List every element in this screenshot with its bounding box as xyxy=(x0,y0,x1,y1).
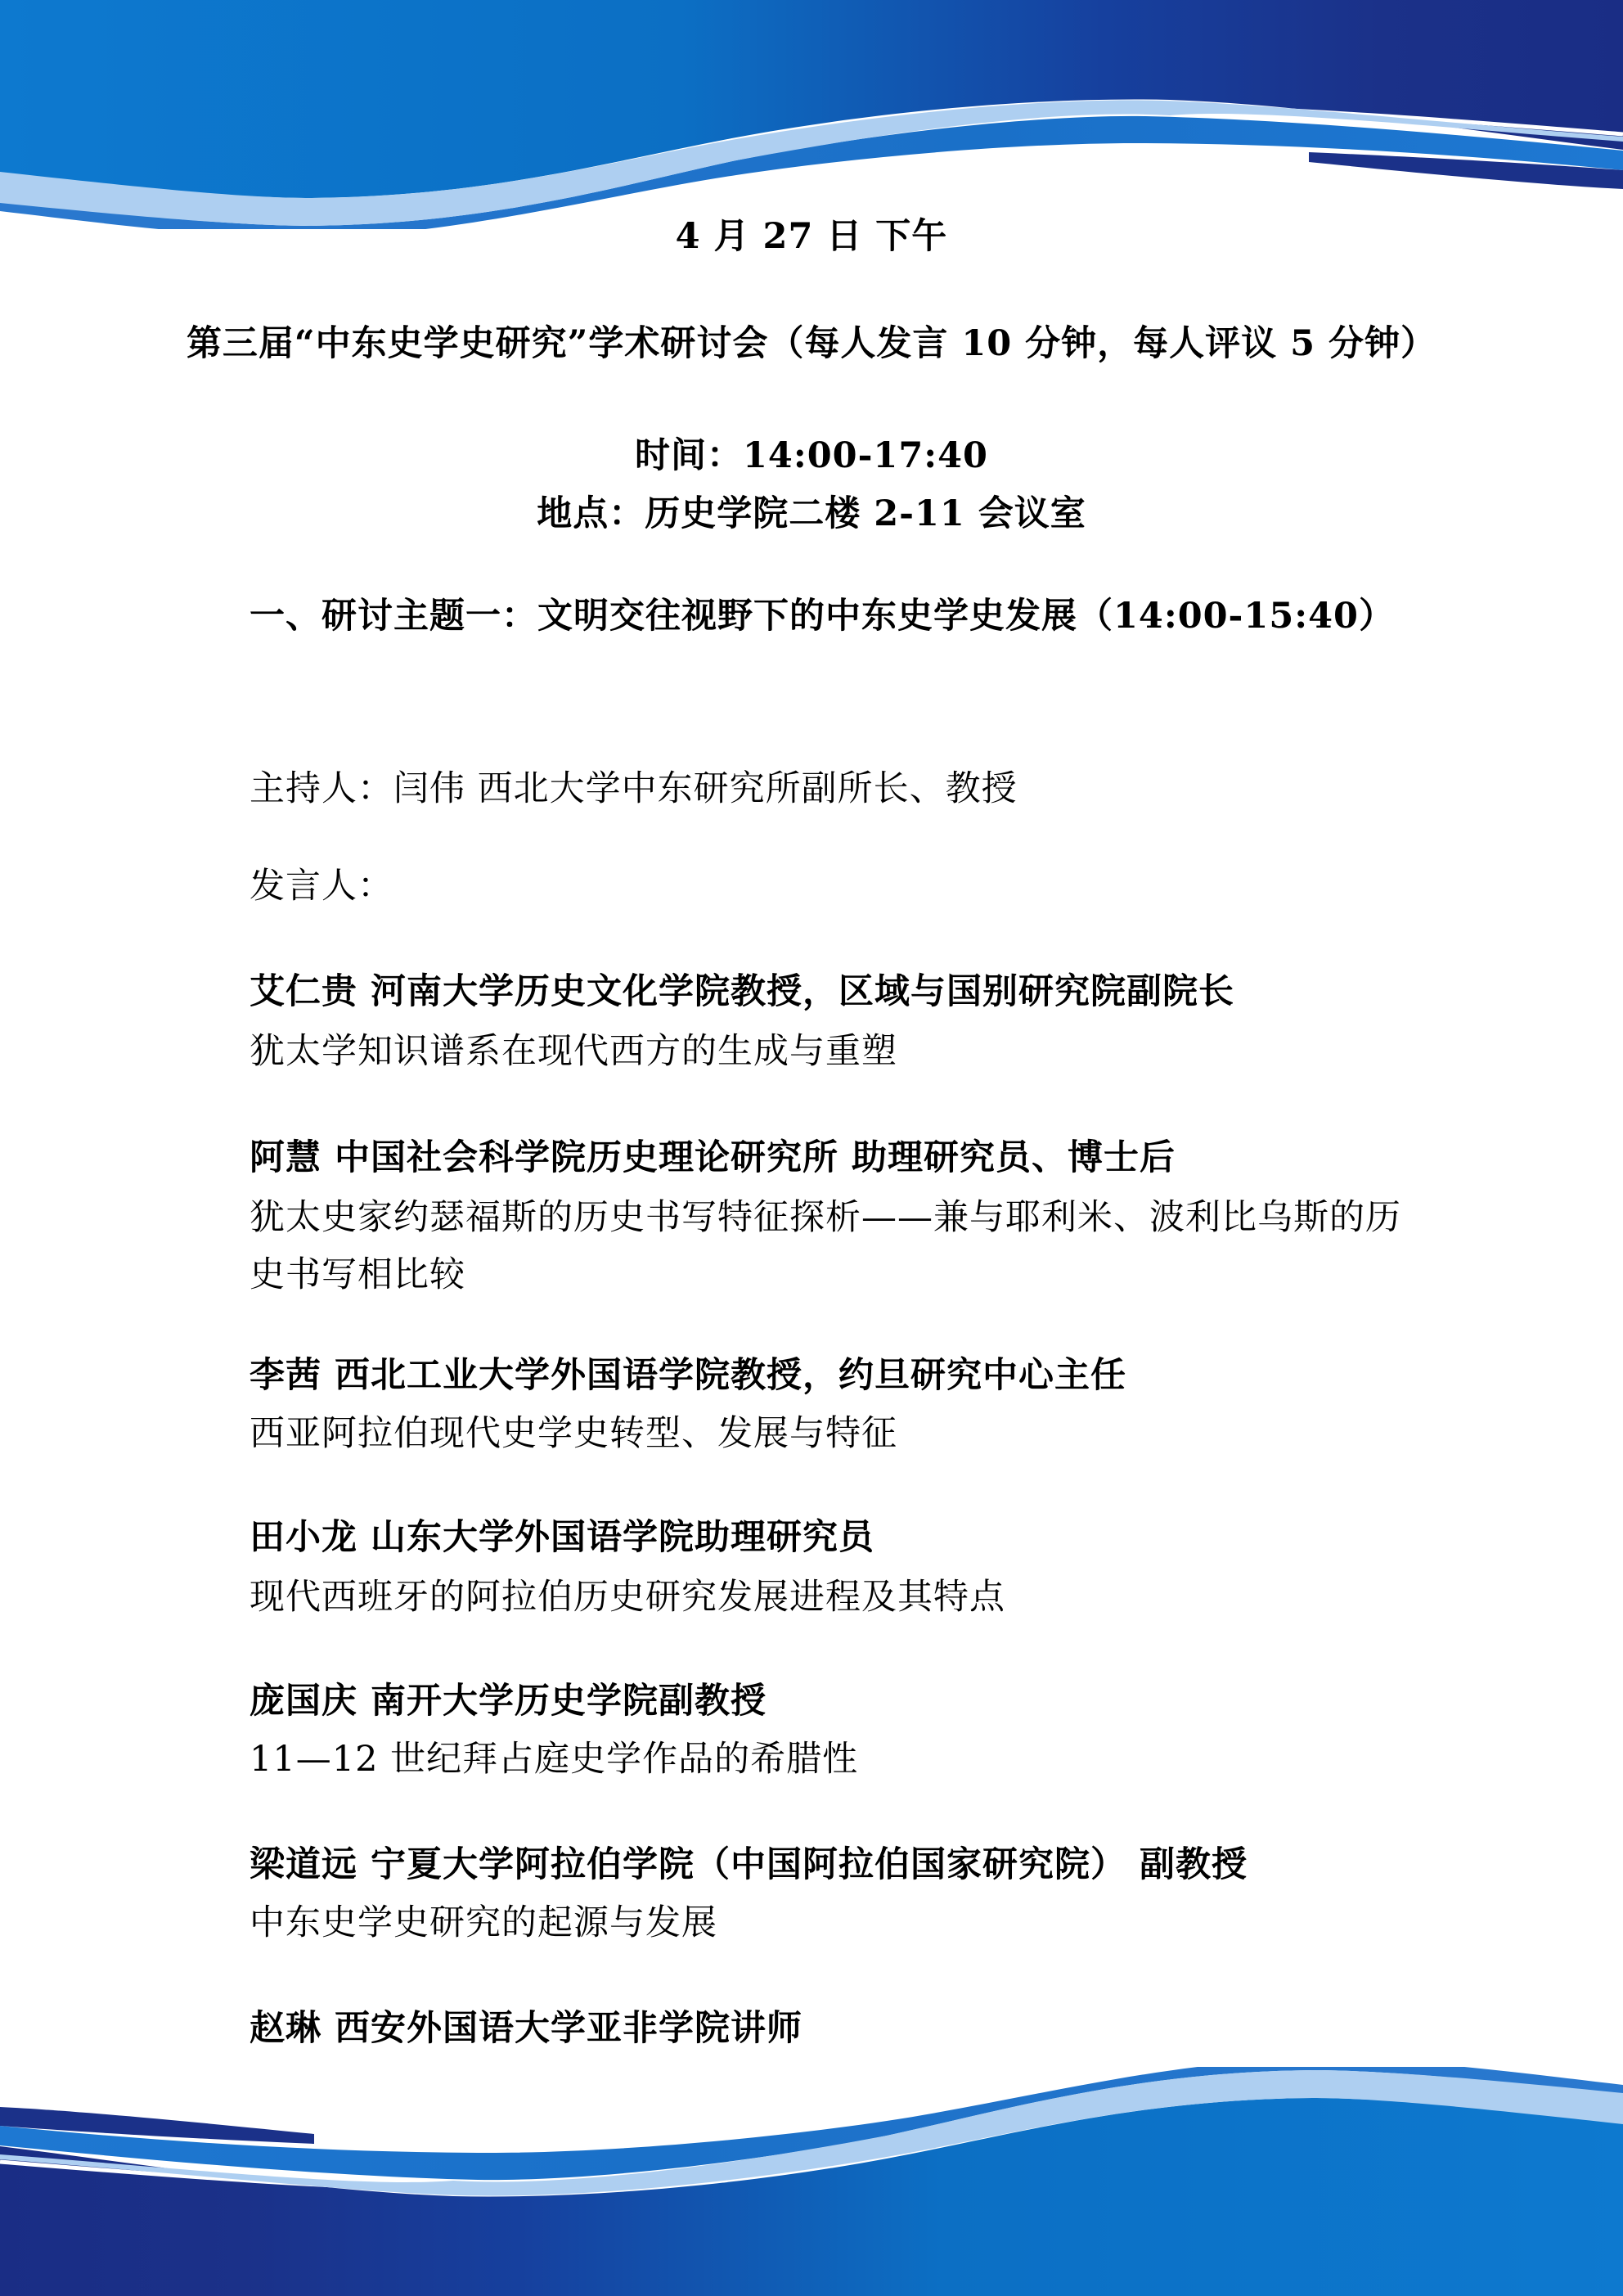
speaker-name-affiliation: 田小龙 山东大学外国语学院助理研究员 xyxy=(250,1509,1415,1566)
conference-program-page: { "page": { "date_session": "4 月 27 日 下午… xyxy=(0,0,1623,2296)
speakers-label: 发言人： xyxy=(250,858,1415,915)
speaker-topic: 11—12 世纪拜占庭史学作品的希腊性 xyxy=(250,1731,1415,1788)
speaker-topic: 犹太史家约瑟福斯的历史书写特征探析——兼与耶利米、波利比乌斯的历史书写相比较 xyxy=(250,1189,1415,1303)
speaker-name-affiliation: 赵琳 西安外国语大学亚非学院讲师 xyxy=(250,2000,1415,2057)
speaker-topic: 犹太学知识谱系在现代西方的生成与重塑 xyxy=(250,1023,1415,1080)
session-venue: 地点：历史学院二楼 2-11 会议室 xyxy=(0,485,1623,542)
speaker-topic: 西亚阿拉伯现代史学史转型、发展与特征 xyxy=(250,1405,1415,1462)
speaker-name-affiliation: 李茜 西北工业大学外国语学院教授，约旦研究中心主任 xyxy=(250,1347,1415,1404)
date-session-title: 4 月 27 日 下午 xyxy=(0,208,1623,265)
speaker-name-affiliation: 阿慧 中国社会科学院历史理论研究所 助理研究员、博士后 xyxy=(250,1129,1415,1186)
section-heading: 一、研讨主题一：文明交往视野下的中东史学史发展（14:00-15:40） xyxy=(250,588,1415,645)
moderator-line: 主持人：闫伟 西北大学中东研究所副所长、教授 xyxy=(250,760,1415,817)
header-wave-graphic xyxy=(0,0,1623,229)
conference-title: 第三届“中东史学史研究”学术研讨会（每人发言 10 分钟，每人评议 5 分钟） xyxy=(0,315,1623,372)
speaker-topic: 中东史学史研究的起源与发展 xyxy=(250,1894,1415,1952)
speaker-name-affiliation: 梁道远 宁夏大学阿拉伯学院（中国阿拉伯国家研究院） 副教授 xyxy=(250,1836,1415,1893)
speaker-name-affiliation: 艾仁贵 河南大学历史文化学院教授，区域与国别研究院副院长 xyxy=(250,963,1415,1020)
speaker-topic: 现代西班牙的阿拉伯历史研究发展进程及其特点 xyxy=(250,1569,1415,1626)
speaker-name-affiliation: 庞国庆 南开大学历史学院副教授 xyxy=(250,1672,1415,1730)
footer-wave-graphic xyxy=(0,2067,1623,2296)
session-time: 时间：14:00-17:40 xyxy=(0,427,1623,484)
